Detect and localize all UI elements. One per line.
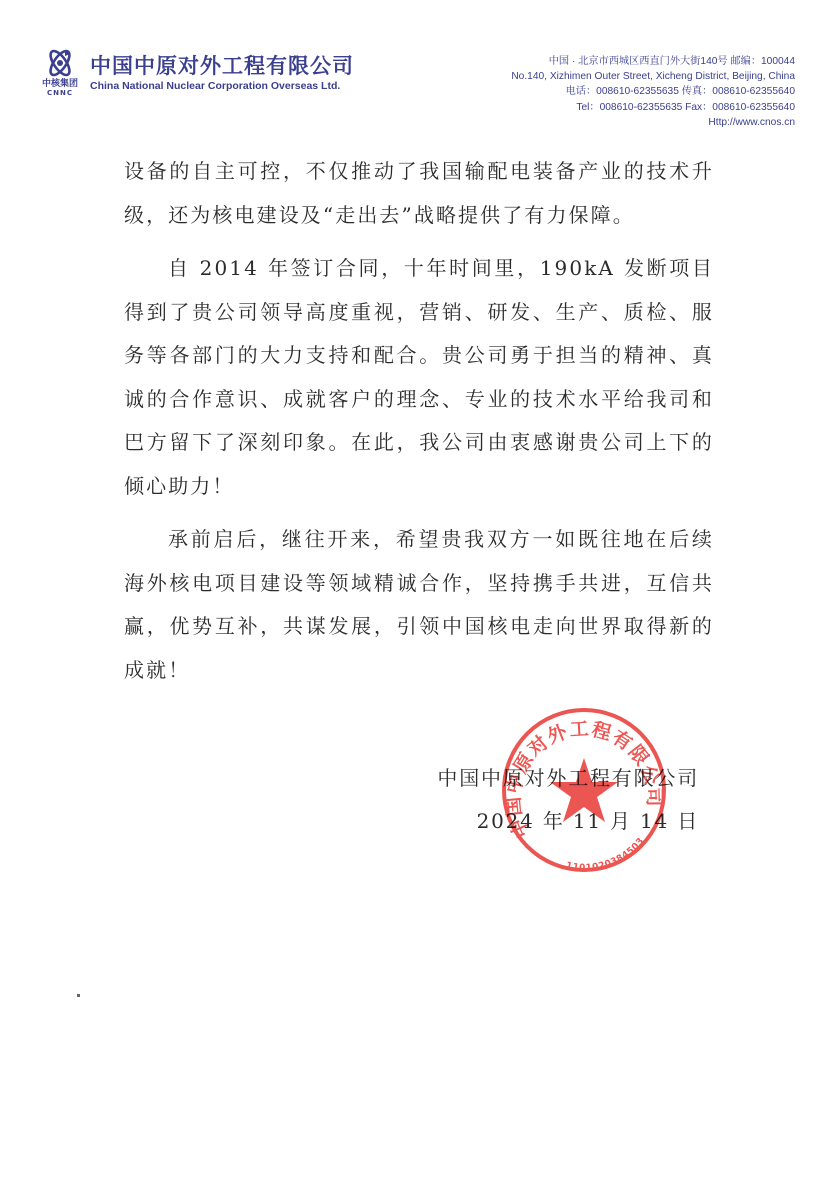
logo-group-en: CNNC bbox=[47, 89, 73, 97]
company-name-en: China National Nuclear Corporation Overs… bbox=[90, 79, 354, 93]
logo-group-cn: 中核集团 bbox=[42, 79, 78, 89]
letter-body: 设备的自主可控，不仅推动了我国输配电装备产业的技术升级，还为核电建设及“走出去”… bbox=[124, 150, 714, 702]
company-name-cn: 中国中原对外工程有限公司 bbox=[90, 53, 354, 79]
red-star-icon bbox=[550, 758, 618, 822]
phone-fax-en: Tel：008610-62355635 Fax：008610-62355640 bbox=[511, 100, 795, 115]
contact-info: 中国 · 北京市西城区西直门外大街140号 邮编：100044 No.140, … bbox=[511, 54, 795, 130]
website: Http://www.cnos.cn bbox=[511, 115, 795, 130]
company-names: 中国中原对外工程有限公司 China National Nuclear Corp… bbox=[90, 53, 354, 93]
seal-code: 1101020384503 bbox=[565, 836, 647, 873]
paragraph-continuation: 设备的自主可控，不仅推动了我国输配电装备产业的技术升级，还为核电建设及“走出去”… bbox=[124, 150, 714, 237]
paragraph-thanks: 自 2014 年签订合同，十年时间里，190kA 发断项目得到了贵公司领导高度重… bbox=[124, 247, 714, 508]
atom-orbit-logo-icon bbox=[43, 48, 77, 78]
address-en: No.140, Xizhimen Outer Street, Xicheng D… bbox=[511, 69, 795, 84]
cnnc-logo: 中核集团 CNNC bbox=[36, 48, 84, 97]
paragraph-closing: 承前启后，继往开来，希望贵我双方一如既往地在后续海外核电项目建设等领域精诚合作，… bbox=[124, 518, 714, 692]
svg-text:1101020384503: 1101020384503 bbox=[565, 836, 647, 873]
phone-fax-cn: 电话：008610-62355635 传真：008610-62355640 bbox=[511, 84, 795, 99]
scan-speck bbox=[77, 994, 80, 997]
letterhead-brand: 中核集团 CNNC 中国中原对外工程有限公司 China National Nu… bbox=[36, 48, 354, 97]
address-cn: 中国 · 北京市西城区西直门外大街140号 邮编：100044 bbox=[511, 54, 795, 69]
company-seal-stamp: 中国中原对外工程有限公司 1101020384503 bbox=[500, 706, 668, 874]
